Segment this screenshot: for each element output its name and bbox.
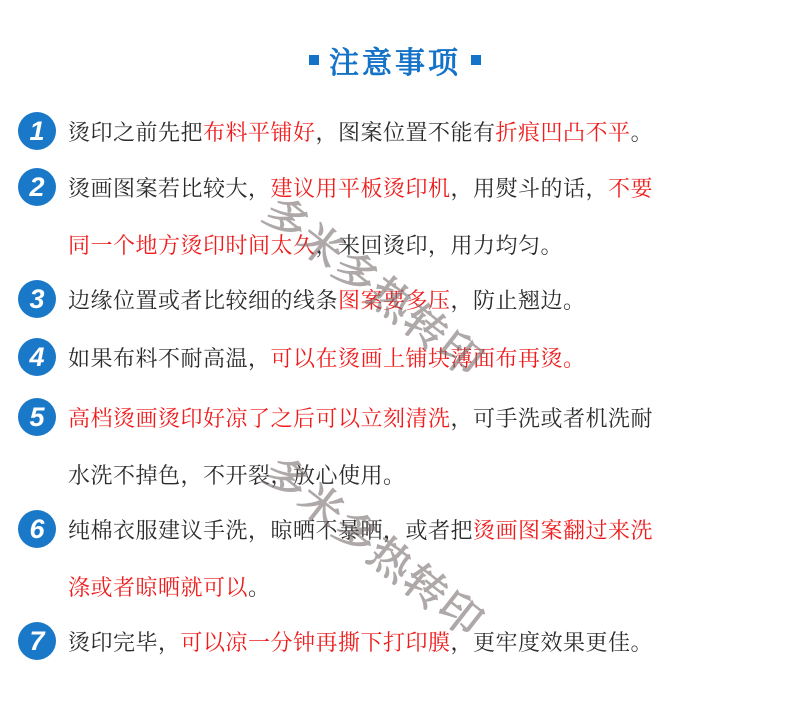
body-text: 纯棉衣服建议手洗，晾晒不暴晒，或者把	[68, 519, 473, 544]
body-text: ，可手洗或者机洗耐	[451, 407, 654, 432]
highlight-text: 建议用平板烫印机	[271, 177, 451, 202]
note-text-line: 边缘位置或者比较细的线条图案要多压，防止翘边。	[68, 284, 586, 315]
note-text-line: 高档烫画烫印好凉了之后可以立刻清洗，可手洗或者机洗耐	[68, 402, 653, 433]
highlight-text: 布料平铺好	[203, 121, 316, 146]
body-text: 边缘位置或者比较细的线条	[68, 289, 338, 314]
note-text-line: 水洗不掉色，不开裂，放心使用。	[68, 459, 406, 490]
highlight-text: 可以凉一分钟再撕下打印膜	[181, 631, 451, 656]
note-text-line: 烫印之前先把布料平铺好，图案位置不能有折痕凹凸不平。	[68, 116, 653, 147]
note-text-line: 如果布料不耐高温，可以在烫画上铺块薄面布再烫。	[68, 342, 586, 373]
highlight-text: 图案要多压	[338, 289, 451, 314]
highlight-text: 折痕凹凸不平	[496, 121, 631, 146]
title-square-left-icon	[309, 55, 319, 65]
body-text: 烫印之前先把	[68, 121, 203, 146]
note-text-line: 同一个地方烫印时间太久，来回烫印，用力均匀。	[68, 229, 563, 260]
number-badge-icon: 3	[18, 280, 56, 318]
highlight-text: 涤或者晾晒就可以	[68, 576, 248, 601]
highlight-text: 不要	[608, 177, 653, 202]
body-text: 如果布料不耐高温，	[68, 347, 271, 372]
section-title: 注意事项	[0, 38, 790, 82]
number-badge-icon: 1	[18, 112, 56, 150]
body-text: ，来回烫印，用力均匀。	[316, 234, 564, 259]
body-text: 烫画图案若比较大，	[68, 177, 271, 202]
body-text: 。	[631, 121, 654, 146]
body-text: ，用熨斗的话，	[451, 177, 609, 202]
highlight-text: 烫画图案翻过来洗	[473, 519, 653, 544]
body-text: ，更牢度效果更佳。	[451, 631, 654, 656]
note-text-line: 烫画图案若比较大，建议用平板烫印机，用熨斗的话，不要	[68, 172, 653, 203]
highlight-text: 可以在烫画上铺块薄面布再烫。	[271, 347, 586, 372]
body-text: 。	[248, 576, 271, 601]
highlight-text: 同一个地方烫印时间太久	[68, 234, 316, 259]
highlight-text: 高档烫画烫印好凉了之后可以立刻清洗	[68, 407, 451, 432]
title-square-right-icon	[471, 55, 481, 65]
number-badge-icon: 5	[18, 398, 56, 436]
note-text-line: 烫印完毕，可以凉一分钟再撕下打印膜，更牢度效果更佳。	[68, 626, 653, 657]
note-text-line: 纯棉衣服建议手洗，晾晒不暴晒，或者把烫画图案翻过来洗	[68, 514, 653, 545]
number-badge-icon: 7	[18, 622, 56, 660]
number-badge-icon: 6	[18, 510, 56, 548]
number-badge-icon: 4	[18, 338, 56, 376]
body-text: ，防止翘边。	[451, 289, 586, 314]
title-text: 注意事项	[329, 38, 461, 82]
body-text: ，图案位置不能有	[316, 121, 496, 146]
number-badge-icon: 2	[18, 168, 56, 206]
note-text-line: 涤或者晾晒就可以。	[68, 571, 271, 602]
body-text: 烫印完毕，	[68, 631, 181, 656]
body-text: 水洗不掉色，不开裂，放心使用。	[68, 464, 406, 489]
